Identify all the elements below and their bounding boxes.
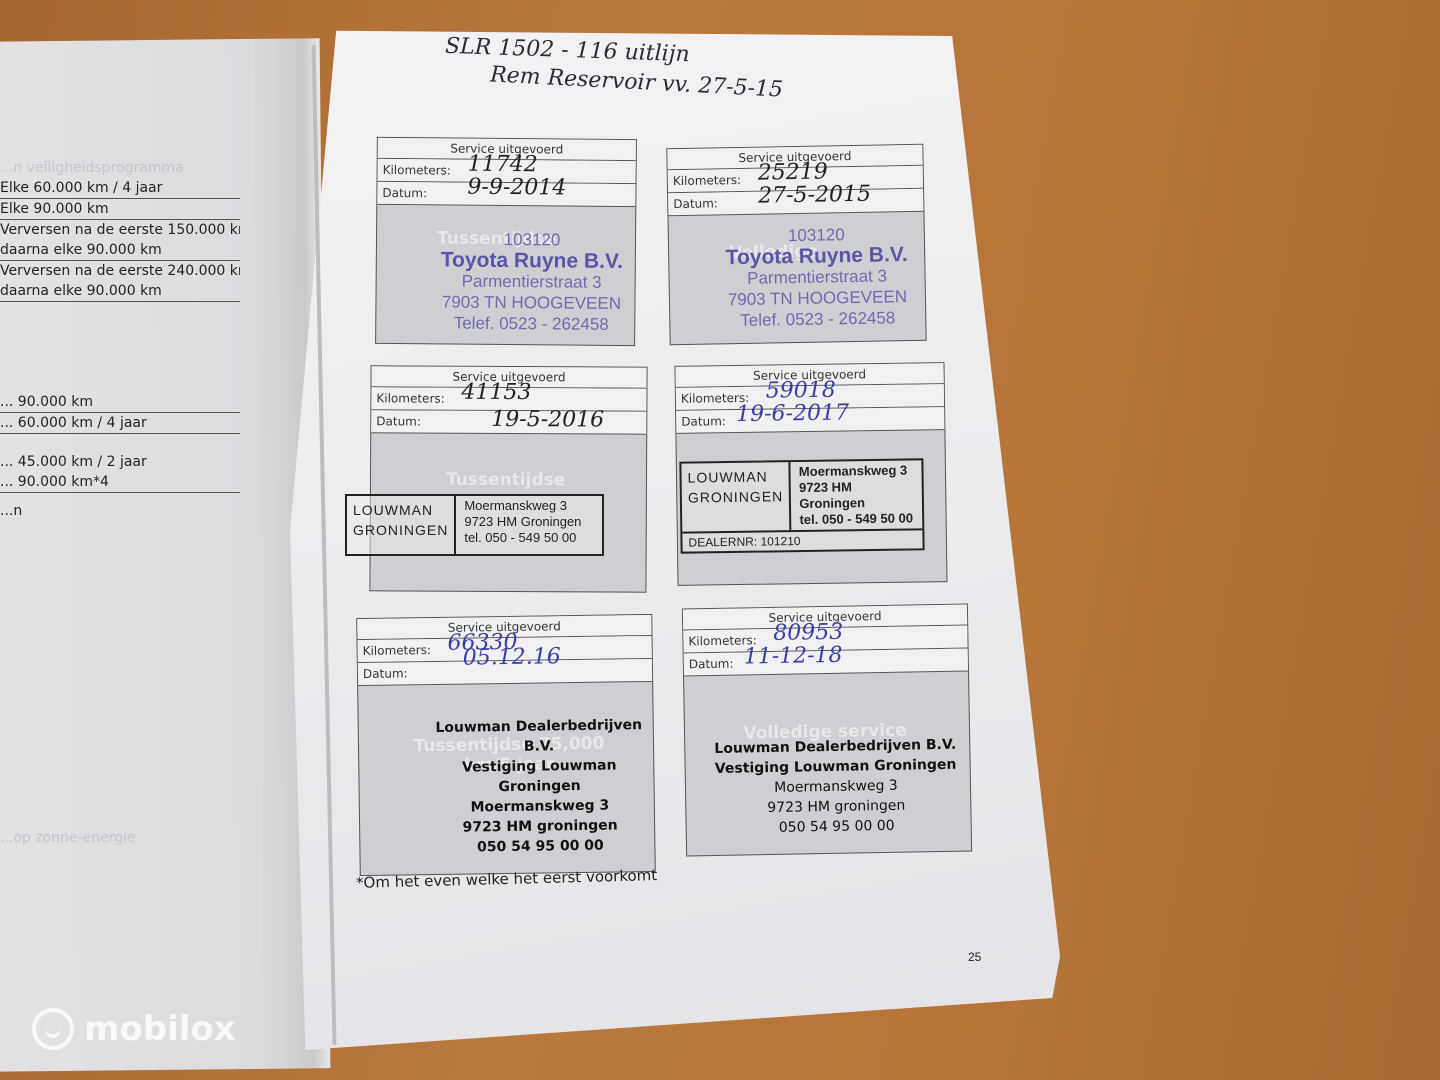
watermark: mobilox <box>32 1008 236 1050</box>
km-value: 80953 <box>773 622 843 645</box>
date-field: Datum:19-6-2017 <box>676 407 944 434</box>
dealer-stamp: 103120 Toyota Ruyne B.V. Parmentierstraa… <box>401 228 662 335</box>
km-value: 11742 <box>468 154 538 177</box>
watermark-text: mobilox <box>84 1009 236 1049</box>
date-field: Datum:9-9-2014 <box>377 182 635 207</box>
left-bottom-faded: ...op zonne-energie <box>0 830 136 846</box>
ghost-text: Tussentijdse <box>446 470 565 491</box>
km-value: 25219 <box>758 161 828 184</box>
left-heading-faded: ...n veiligheidsprogramma <box>0 160 184 176</box>
left-row: Elke 90.000 km <box>0 199 240 220</box>
left-row: daarna elke 90.000 km <box>0 240 240 261</box>
service-card-1: Service uitgevoerd Kilometers:11742 Datu… <box>375 137 637 346</box>
left-row: ... 90.000 km*4 <box>0 472 240 493</box>
date-value: 11-12-18 <box>744 645 843 669</box>
service-card-3: Service uitgevoerd Kilometers:41153 Datu… <box>369 365 647 592</box>
page-number: 25 <box>968 950 981 964</box>
dealer-stamp-text: Louwman Dealerbedrijven B.V. Vestiging L… <box>695 734 977 839</box>
date-value: 05.12.16 <box>463 646 561 669</box>
dealer-stamp: 103120 Toyota Ruyne B.V. Parmentierstraa… <box>684 222 951 332</box>
date-value: 19-5-2016 <box>491 409 604 432</box>
left-row: ...n <box>0 501 240 521</box>
date-value: 27-5-2015 <box>758 184 871 208</box>
km-value: 59018 <box>766 380 836 403</box>
left-row: ... 90.000 km <box>0 392 240 413</box>
date-field: Datum:27-5-2015 <box>668 189 923 216</box>
left-maintenance-rows: Elke 60.000 km / 4 jaar Elke 90.000 km V… <box>0 178 240 302</box>
date-field: Datum:19-5-2016 <box>371 410 646 434</box>
left-row: Verversen na de eerste 150.000 km <box>0 220 240 240</box>
left-row: Elke 60.000 km / 4 jaar <box>0 178 240 199</box>
dealer-number: DEALERNR: 101210 <box>682 528 922 551</box>
louwman-stamp-box: LOUWMANGRONINGEN Moermanskweg 39723 HM G… <box>345 494 604 556</box>
service-card-5: Service uitgevoerd Kilometers:66330 Datu… <box>356 614 656 876</box>
louwman-stamp-box: LOUWMANGRONINGEN Moermanskweg 39723 HM G… <box>679 458 924 553</box>
date-field: Datum:05.12.16 <box>358 659 652 686</box>
service-card-6: Service uitgevoerd Kilometers:80953 Datu… <box>682 604 972 857</box>
left-maintenance-rows-2: ... 90.000 km ... 60.000 km / 4 jaar ...… <box>0 392 240 521</box>
left-row: Verversen na de eerste 240.000 km <box>0 261 240 281</box>
dealer-stamp-text: Louwman Dealerbedrijven B.V. Vestiging L… <box>419 715 661 858</box>
km-value: 41153 <box>461 382 531 404</box>
left-row: ... 60.000 km / 4 jaar <box>0 413 240 434</box>
left-row: daarna elke 90.000 km <box>0 281 240 302</box>
mobilox-logo-icon <box>32 1008 74 1050</box>
date-value: 9-9-2014 <box>467 177 566 200</box>
service-card-2: Service uitgevoerd Kilometers:25219 Datu… <box>666 144 926 345</box>
date-value: 19-6-2017 <box>736 402 849 426</box>
left-row: ... 45.000 km / 2 jaar <box>0 452 240 472</box>
date-field: Datum:11-12-18 <box>684 649 968 677</box>
